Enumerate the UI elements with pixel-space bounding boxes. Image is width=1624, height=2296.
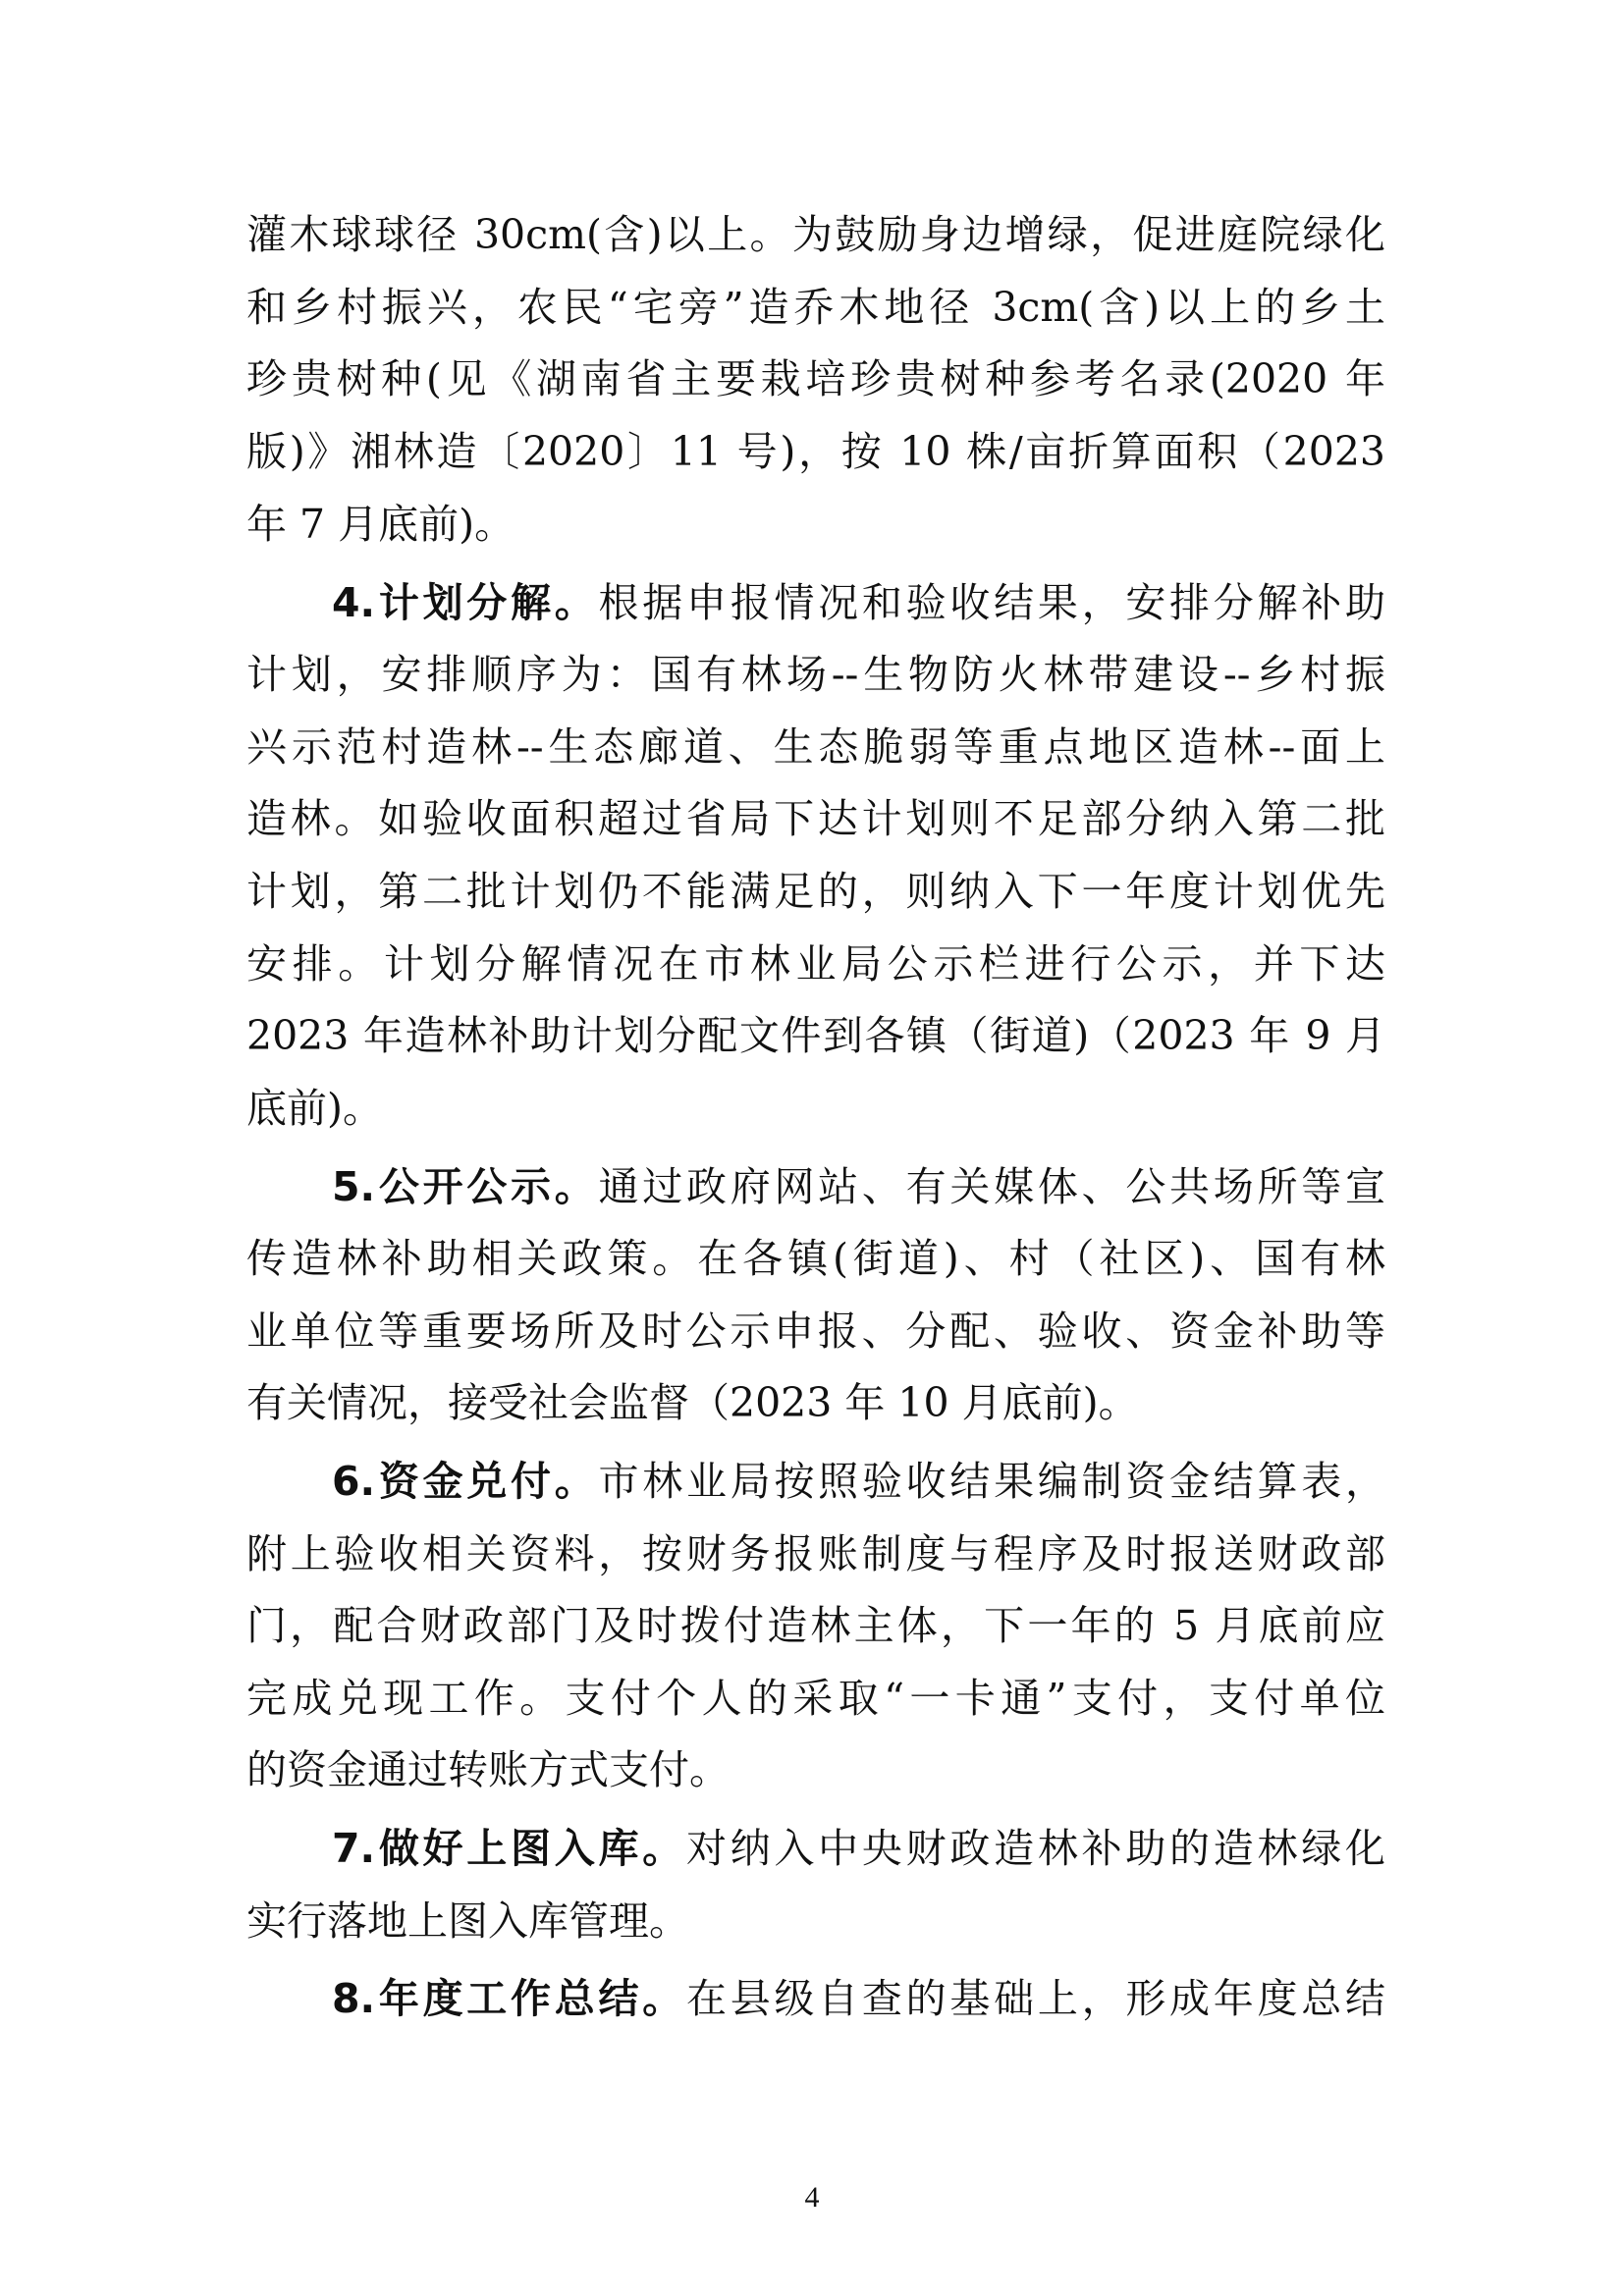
document-page: 灌木球球径 30cm(含)以上。为鼓励身边增绿，促进庭院绿化 和乡村振兴，农民“… [0, 0, 1624, 2296]
page-number: 4 [0, 2181, 1624, 2215]
paragraph-line: 传造林补助相关政策。在各镇(街道)、村（社区)、国有林 [246, 1229, 1385, 1288]
paragraph-line: 有关情况，接受社会监督（2023 年 10 月底前)。 [246, 1373, 1385, 1432]
paragraph-line: 珍贵树种(见《湖南省主要栽培珍贵树种参考名录(2020 年 [246, 349, 1385, 408]
paragraph-line: 底前)。 [246, 1079, 1385, 1138]
paragraph-line: 门，配合财政部门及时拨付造林主体，下一年的 5 月底前应 [246, 1596, 1385, 1655]
paragraph-line: 造林。如验收面积超过省局下达计划则不足部分纳入第二批 [246, 789, 1385, 848]
section-4-heading-line: 4.计划分解。根据申报情况和验收结果，安排分解补助 [332, 573, 1385, 632]
paragraph-line: 计划，第二批计划仍不能满足的，则纳入下一年度计划优先 [246, 862, 1385, 921]
section-heading: 6.资金兑付。 [332, 1458, 599, 1505]
section-heading: 8.年度工作总结。 [332, 1975, 686, 2022]
section-heading: 5.公开公示。 [332, 1163, 599, 1210]
paragraph-line: 的资金通过转账方式支付。 [246, 1740, 1385, 1799]
section-heading: 7.做好上图入库。 [332, 1825, 686, 1872]
paragraph-line: 计划，安排顺序为：国有林场--生物防火林带建设--乡村振 [246, 645, 1385, 704]
section-7-heading-line: 7.做好上图入库。对纳入中央财政造林补助的造林绿化 [332, 1819, 1385, 1878]
paragraph-line: 灌木球球径 30cm(含)以上。为鼓励身边增绿，促进庭院绿化 [246, 205, 1385, 264]
paragraph-line: 安排。计划分解情况在市林业局公示栏进行公示，并下达 [246, 934, 1385, 993]
section-8-heading-line: 8.年度工作总结。在县级自查的基础上，形成年度总结 [332, 1969, 1385, 2028]
paragraph-line: 年 7 月底前)。 [246, 495, 1385, 554]
section-heading: 4.计划分解。 [332, 579, 599, 626]
section-5-heading-line: 5.公开公示。通过政府网站、有关媒体、公共场所等宣 [332, 1157, 1385, 1216]
paragraph-line: 实行落地上图入库管理。 [246, 1892, 1385, 1950]
paragraph-line: 版)》湘林造〔2020〕11 号)，按 10 株/亩折算面积（2023 [246, 422, 1385, 481]
paragraph-line: 和乡村振兴，农民“宅旁”造乔木地径 3cm(含)以上的乡土 [246, 278, 1385, 337]
paragraph-line: 业单位等重要场所及时公示申报、分配、验收、资金补助等 [246, 1302, 1385, 1361]
paragraph-line: 完成兑现工作。支付个人的采取“一卡通”支付，支付单位 [246, 1669, 1385, 1728]
paragraph-line: 附上验收相关资料，按财务报账制度与程序及时报送财政部 [246, 1524, 1385, 1583]
paragraph-line: 兴示范村造林--生态廊道、生态脆弱等重点地区造林--面上 [246, 718, 1385, 776]
section-6-heading-line: 6.资金兑付。市林业局按照验收结果编制资金结算表， [332, 1452, 1385, 1511]
paragraph-line: 2023 年造林补助计划分配文件到各镇（街道)（2023 年 9 月 [246, 1006, 1385, 1065]
